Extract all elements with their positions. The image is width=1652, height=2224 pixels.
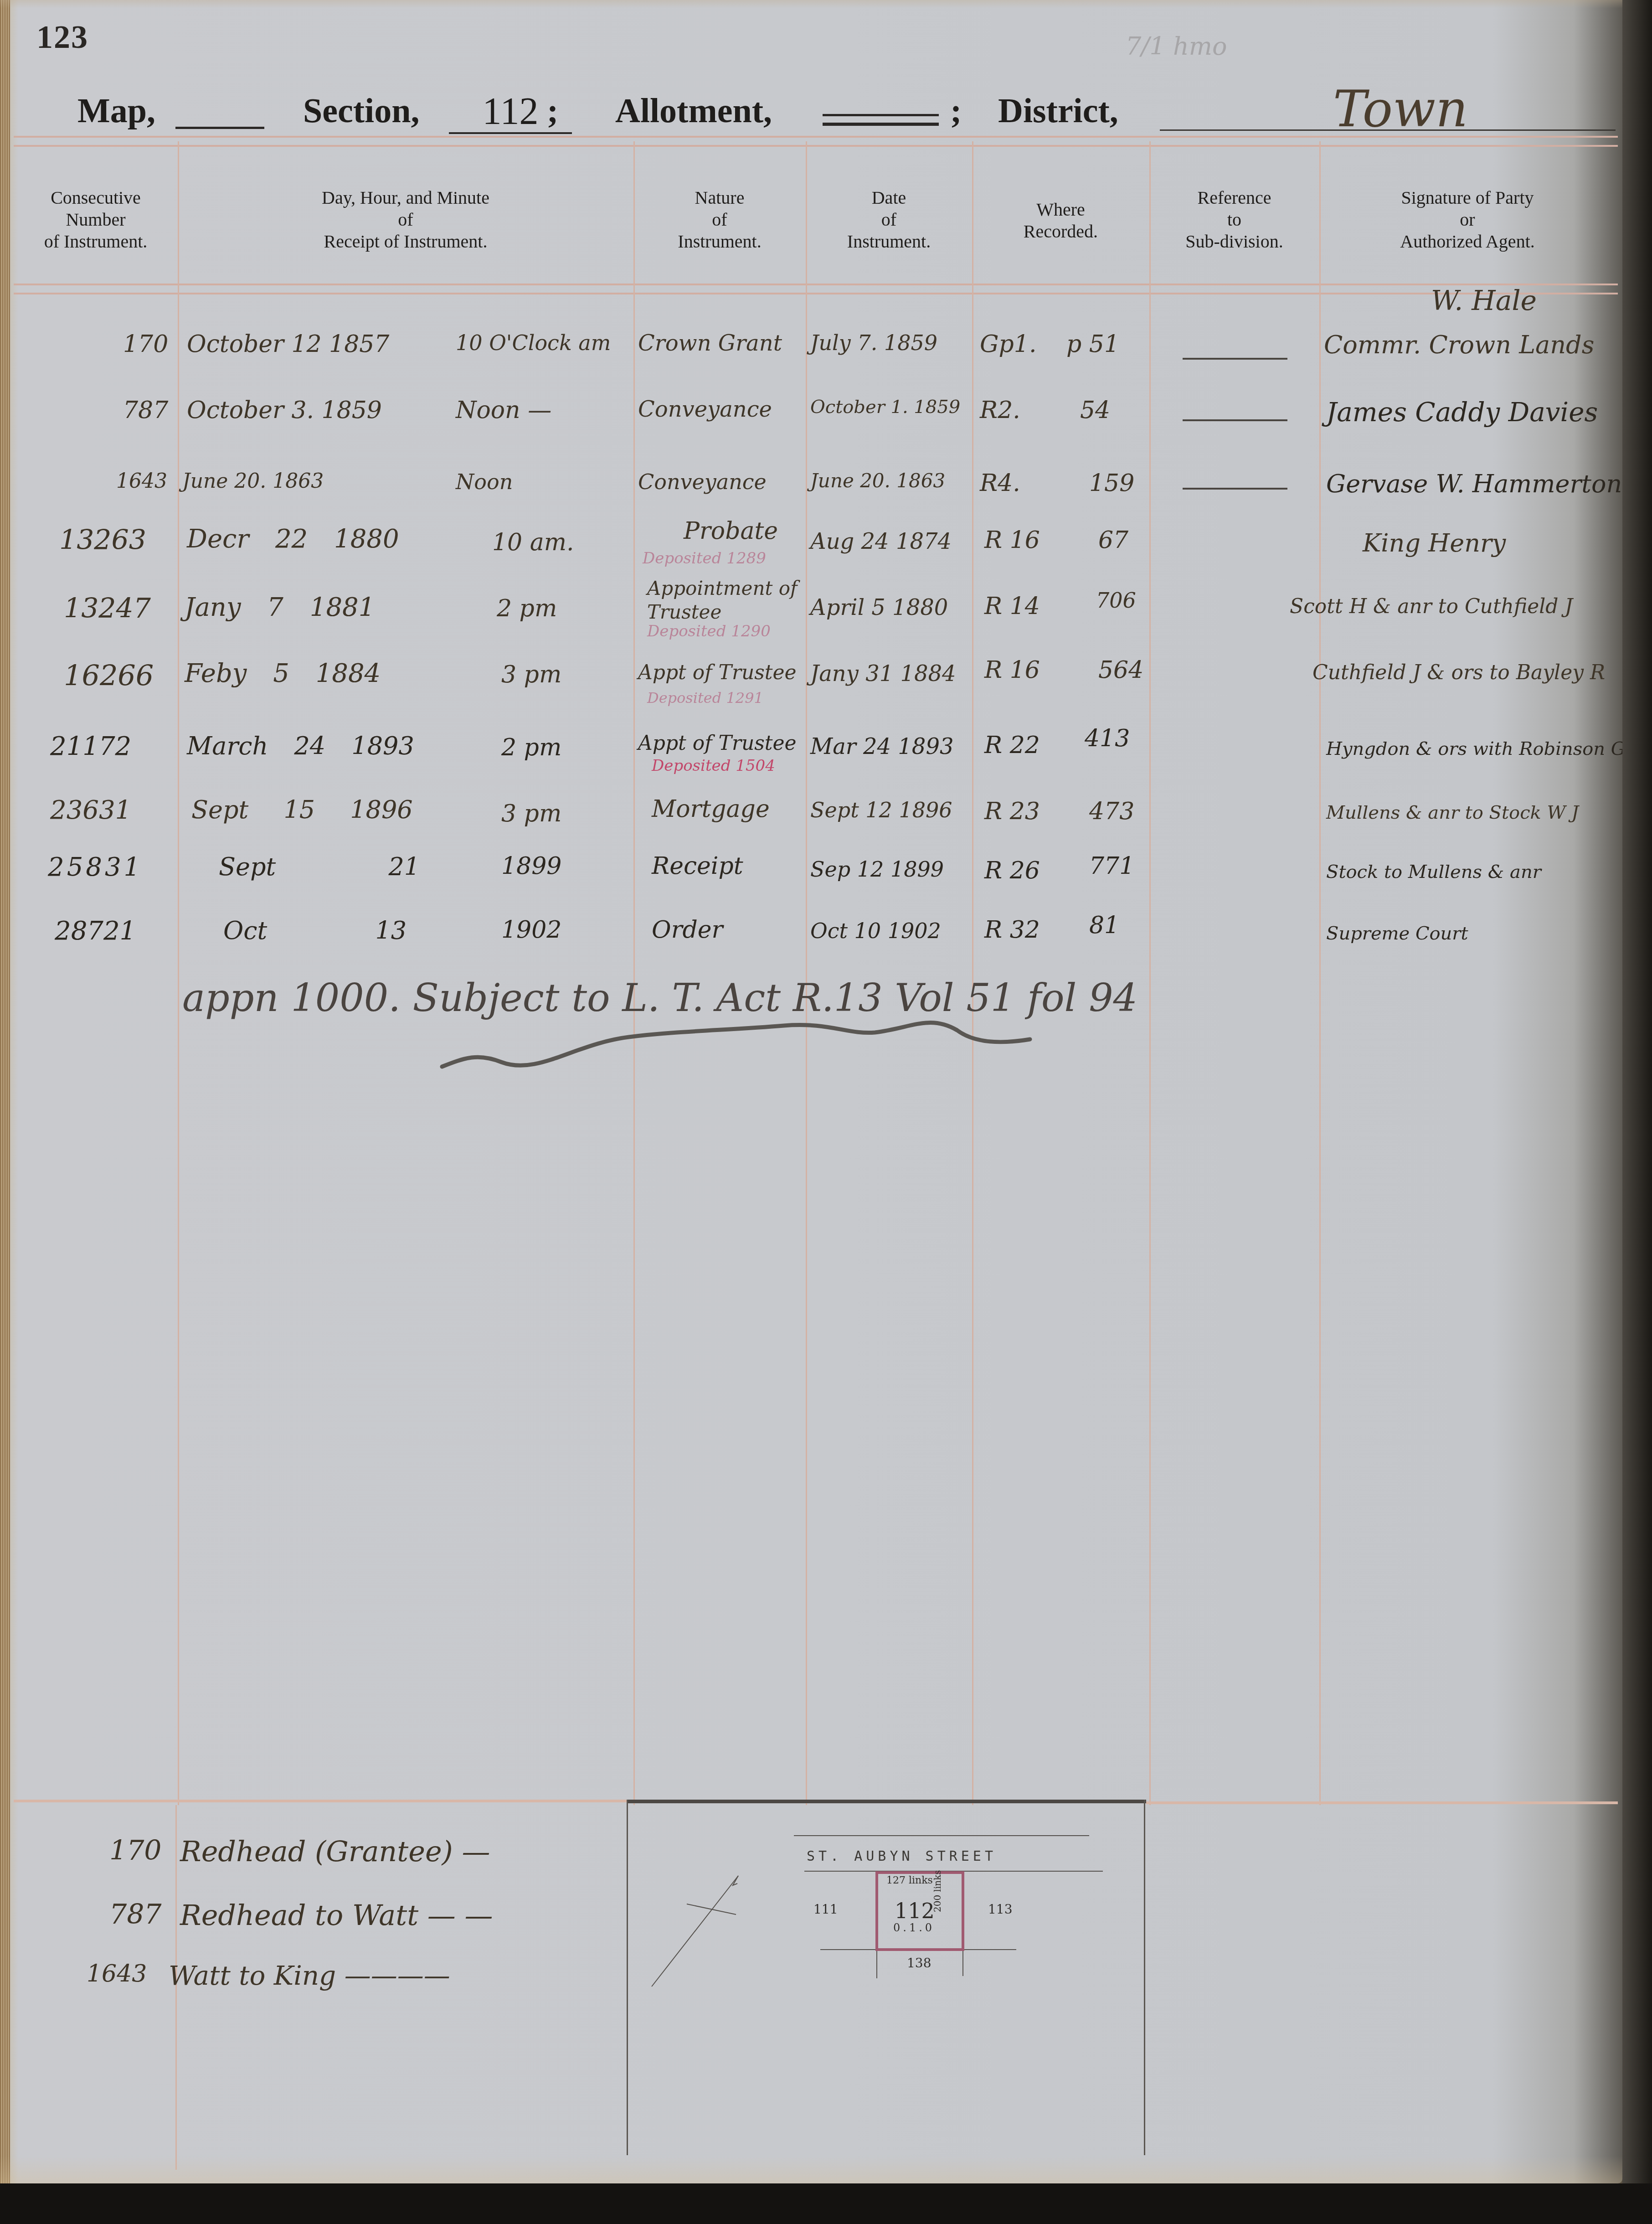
header-line: of xyxy=(178,209,633,231)
instrument-nature: Mortgage xyxy=(652,795,770,823)
recorded-book: R 23 xyxy=(984,798,1040,825)
entry-number: 16266 xyxy=(64,659,154,692)
section-label: Section, xyxy=(303,91,419,131)
header-line: Sub-division. xyxy=(1149,231,1319,253)
section-rule xyxy=(1146,1801,1618,1804)
section-separator: ; xyxy=(547,91,558,131)
header-line: Day, Hour, and Minute xyxy=(178,187,633,209)
chain-text: Redhead to Watt — — xyxy=(180,1899,493,1932)
recorded-page: 706 xyxy=(1096,588,1136,613)
header-line: of Instrument. xyxy=(14,231,178,253)
column-divider xyxy=(1149,141,1151,1805)
header-line: of xyxy=(806,209,972,231)
entry-number: 23631 xyxy=(50,795,131,825)
column-header-reference: Reference to Sub-division. xyxy=(1149,187,1319,253)
recorded-book: Gp1. xyxy=(980,330,1036,358)
receipt-date: Feby 5 1884 xyxy=(185,659,381,688)
allotment-label: Allotment, xyxy=(615,91,772,131)
chain-number: 787 xyxy=(109,1899,162,1930)
header-bottom-rule xyxy=(14,284,1618,294)
receipt-date: Decr 22 1880 xyxy=(187,524,399,554)
section-number: 112 xyxy=(483,90,539,133)
signature: Mullens & anr to Stock W J xyxy=(1326,802,1579,823)
recorded-page: 413 xyxy=(1085,725,1130,752)
footnote-annotation: appn 1000. Subject to L. T. Act R.13 Vol… xyxy=(182,975,1137,1020)
page-number: 123 xyxy=(36,18,88,56)
diagram-right-border xyxy=(1144,1800,1145,2155)
recorded-book: R 16 xyxy=(984,656,1040,684)
header-line: or xyxy=(1319,209,1616,231)
recorded-book: R4. xyxy=(980,470,1020,497)
page-edge xyxy=(0,0,10,2183)
column-header-receipt: Day, Hour, and Minute of Receipt of Inst… xyxy=(178,187,633,253)
receipt-date: Jany 7 1881 xyxy=(185,593,375,622)
entry-number: 1643 xyxy=(116,470,167,493)
entry-number: 13263 xyxy=(59,524,146,556)
flourish-underline xyxy=(437,1017,1303,1071)
recorded-book: R2. xyxy=(980,397,1020,424)
signature: Gervase W. Hammerton xyxy=(1326,470,1622,498)
header-line: Recorded. xyxy=(972,221,1149,243)
chain-text: Redhead (Grantee) — xyxy=(180,1835,490,1868)
header-line: of xyxy=(633,209,806,231)
instrument-date: Mar 24 1893 xyxy=(810,734,953,759)
lot-number: 112 xyxy=(895,1899,935,1923)
header-line: Receipt of Instrument. xyxy=(178,231,633,253)
recorded-page: 159 xyxy=(1089,470,1134,497)
recorded-page: 564 xyxy=(1098,656,1143,684)
receipt-time: 10 O'Clock am xyxy=(456,330,611,355)
header-line: Date xyxy=(806,187,972,209)
header-line: Instrument. xyxy=(806,231,972,253)
depth-label: 200 links xyxy=(932,1870,943,1912)
district-value: Town xyxy=(1333,80,1468,138)
header-line: Authorized Agent. xyxy=(1319,231,1616,253)
header-line: Signature of Party xyxy=(1319,187,1616,209)
instrument-nature: Appt of Trustee xyxy=(638,732,797,755)
entry-number: 13247 xyxy=(64,593,151,624)
pencil-annotation: 7/1 hmo xyxy=(1126,32,1227,61)
receipt-time: 2 pm xyxy=(501,734,561,761)
receipt-time: 3 pm xyxy=(501,800,561,827)
allotment-separator: ; xyxy=(950,91,962,131)
receipt-time: 1899 xyxy=(501,852,561,880)
receipt-date: Sept 15 1896 xyxy=(191,795,413,824)
receipt-time: 10 am. xyxy=(492,529,574,556)
instrument-nature: Conveyance xyxy=(638,470,767,494)
instrument-date: Sept 12 1896 xyxy=(810,798,952,822)
ledger-page: 123 7/1 hmo Map, Section, 112 ; Allotmen… xyxy=(0,0,1622,2183)
column-header-where-recorded: Where Recorded. xyxy=(972,199,1149,243)
instrument-nature: Conveyance xyxy=(638,397,772,422)
signature: James Caddy Davies xyxy=(1326,397,1598,428)
entry-number: 28721 xyxy=(55,916,136,946)
reference-dash xyxy=(1183,488,1287,490)
lot-area: 0.1.0 xyxy=(893,1921,935,1934)
deposited-note: Deposited 1291 xyxy=(647,689,763,707)
receipt-date: June 20. 1863 xyxy=(182,470,324,493)
frontage-label: 127 links xyxy=(886,1875,933,1886)
map-label: Map, xyxy=(77,91,155,131)
recorded-page: 473 xyxy=(1089,798,1134,825)
instrument-date: October 1. 1859 xyxy=(810,397,960,418)
chain-number: 170 xyxy=(109,1835,162,1867)
entry-number: 170 xyxy=(123,330,168,358)
deposited-note: Deposited 1289 xyxy=(643,549,766,568)
chain-text: Watt to King ———— xyxy=(169,1960,450,1991)
column-header-date: Date of Instrument. xyxy=(806,187,972,253)
instrument-date: July 7. 1859 xyxy=(810,330,937,355)
receipt-time: Noon xyxy=(456,470,513,494)
title-row: Map, Section, 112 ; Allotment, ; Distric… xyxy=(0,91,1622,141)
map-value-blank xyxy=(175,127,264,129)
instrument-nature: Appt of Trustee xyxy=(638,661,797,684)
receipt-date: Sept 21 xyxy=(219,852,420,881)
adjacent-lot-left: 111 xyxy=(813,1902,838,1917)
header-line: Instrument. xyxy=(633,231,806,253)
receipt-time: 2 pm xyxy=(497,595,557,622)
column-divider xyxy=(972,141,973,1805)
instrument-date: Sep 12 1899 xyxy=(810,857,944,882)
receipt-date: October 3. 1859 xyxy=(187,397,382,424)
recorded-book: R 32 xyxy=(984,916,1040,944)
recorded-page: 54 xyxy=(1080,397,1110,424)
signature-title: Commr. Crown Lands xyxy=(1324,330,1594,359)
header-line: Reference xyxy=(1149,187,1319,209)
signature-name: W. Hale xyxy=(1431,285,1537,317)
section-rule xyxy=(14,1800,627,1802)
reference-dash xyxy=(1183,419,1287,421)
signature: Cuthfield J & ors to Bayley R xyxy=(1312,661,1605,684)
deposited-note: Deposited 1290 xyxy=(647,622,771,640)
signature: Stock to Mullens & anr xyxy=(1326,862,1541,882)
book-bottom-shadow xyxy=(0,2183,1652,2224)
instrument-nature: Order xyxy=(652,916,723,944)
column-divider xyxy=(806,141,807,1805)
signature: Supreme Court xyxy=(1326,923,1468,944)
instrument-date: Oct 10 1902 xyxy=(810,918,941,943)
entry-number: 21172 xyxy=(50,732,131,761)
street-name: ST. AUBYN STREET xyxy=(807,1848,997,1864)
receipt-date: March 24 1893 xyxy=(187,732,414,760)
entry-number: 787 xyxy=(123,397,168,424)
recorded-page: 67 xyxy=(1098,526,1128,554)
instrument-date: June 20. 1863 xyxy=(810,470,945,492)
header-line: Consecutive xyxy=(14,187,178,209)
recorded-page: p 51 xyxy=(1066,330,1119,358)
allotment-value-blank xyxy=(823,114,939,126)
header-line: Nature xyxy=(633,187,806,209)
instrument-nature: Probate xyxy=(684,517,778,545)
lot-diagram: ST. AUBYN STREET 127 links 112 0.1.0 200… xyxy=(629,1801,1144,2211)
signature: Scott H & anr to Cuthfield J xyxy=(1290,595,1573,618)
column-divider xyxy=(178,141,179,1805)
receipt-time: Noon — xyxy=(456,397,551,424)
reference-dash xyxy=(1183,358,1287,360)
adjacent-lot-right: 113 xyxy=(988,1902,1012,1917)
diagram-left-border xyxy=(627,1800,628,2155)
recorded-book: R 26 xyxy=(984,857,1040,884)
deposited-note: Deposited 1504 xyxy=(652,757,775,775)
instrument-date: Jany 31 1884 xyxy=(810,661,956,686)
recorded-page: 771 xyxy=(1089,852,1134,880)
recorded-book: R 14 xyxy=(984,593,1040,620)
receipt-time: 1902 xyxy=(501,916,561,944)
instrument-date: Aug 24 1874 xyxy=(810,529,952,554)
instrument-nature: Receipt xyxy=(652,852,743,880)
recorded-book: R 22 xyxy=(984,732,1040,759)
header-line: Number xyxy=(14,209,178,231)
header-line: Where xyxy=(972,199,1149,221)
district-label: District, xyxy=(998,91,1118,131)
receipt-time: 3 pm xyxy=(501,661,561,688)
receipt-date: Oct 13 xyxy=(223,916,407,945)
signature: Hyngdon & ors with Robinson G F xyxy=(1326,738,1644,759)
instrument-date: April 5 1880 xyxy=(810,595,948,620)
header-line: to xyxy=(1149,209,1319,231)
recorded-page: 81 xyxy=(1089,912,1119,939)
recorded-book: R 16 xyxy=(984,526,1040,554)
column-divider xyxy=(1319,141,1321,1805)
adjacent-lot-rear: 138 xyxy=(907,1956,931,1971)
signature: King Henry xyxy=(1363,529,1506,557)
chain-number: 1643 xyxy=(87,1960,147,1987)
column-header-nature: Nature of Instrument. xyxy=(633,187,806,253)
instrument-nature: Crown Grant xyxy=(638,330,782,356)
instrument-nature: Appointment of Trustee xyxy=(647,577,798,624)
book-binding-shadow xyxy=(1622,0,1652,2224)
column-divider xyxy=(633,141,635,1805)
receipt-date: October 12 1857 xyxy=(187,330,389,358)
column-header-consecutive-number: Consecutive Number of Instrument. xyxy=(14,187,178,253)
entry-number: 25831 xyxy=(48,852,143,882)
header-top-rule xyxy=(14,136,1618,147)
column-header-signature: Signature of Party or Authorized Agent. xyxy=(1319,187,1616,253)
